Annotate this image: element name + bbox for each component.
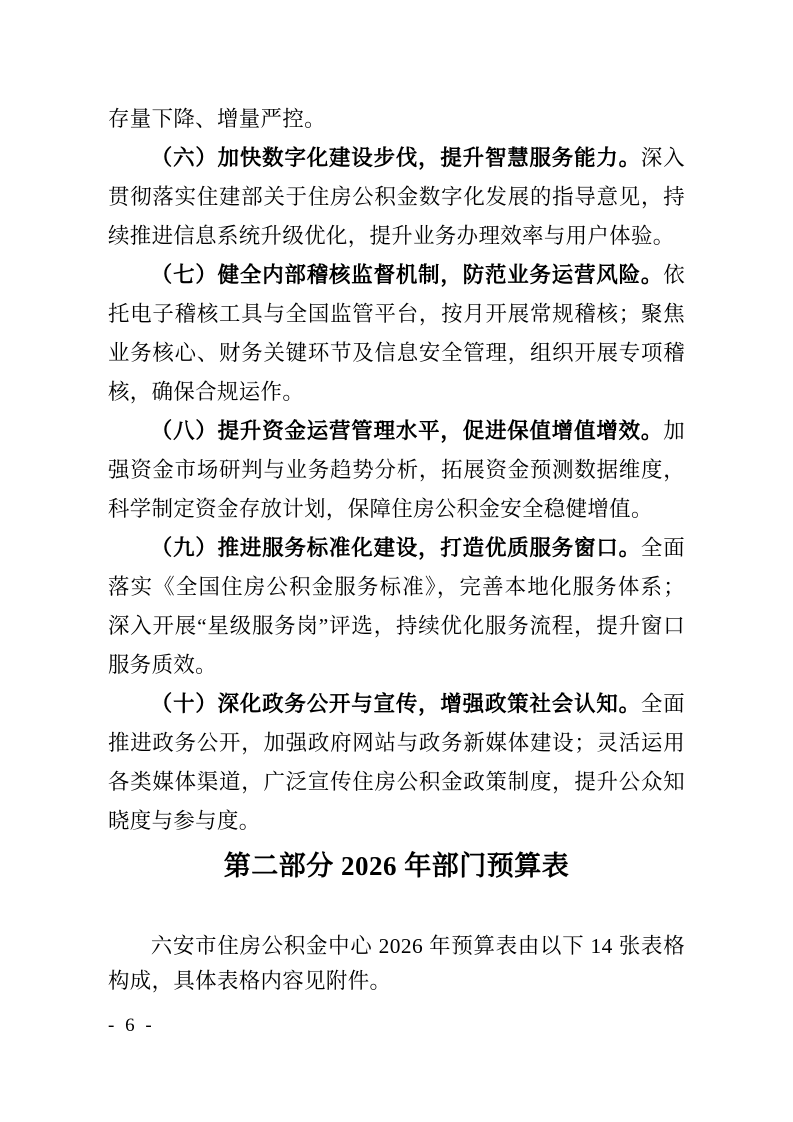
paragraph-lead: （七）健全内部稽核监督机制，防范业务运营风险。 [151, 263, 663, 287]
paragraph-lead: （九）推进服务标准化建设，打造优质服务窗口。 [151, 536, 641, 560]
paragraph-item-10: （十）深化政务公开与宣传，增强政策社会认知。全面推进政务公开，加强政府网站与政务… [108, 685, 685, 841]
paragraph-item-6: （六）加快数字化建设步伐，提升智慧服务能力。深入贯彻落实住建部关于住房公积金数字… [108, 139, 685, 256]
closing-paragraph: 六安市住房公积金中心 2026 年预算表由以下 14 张表格构成，具体表格内容见… [108, 929, 685, 999]
document-page: 存量下降、增量严控。 （六）加快数字化建设步伐，提升智慧服务能力。深入贯彻落实住… [0, 0, 793, 1122]
document-content: 存量下降、增量严控。 （六）加快数字化建设步伐，提升智慧服务能力。深入贯彻落实住… [108, 100, 685, 999]
paragraph-lead: （十）深化政务公开与宣传，增强政策社会认知。 [151, 692, 641, 716]
paragraph-continuation: 存量下降、增量严控。 [108, 100, 685, 139]
paragraph-item-9: （九）推进服务标准化建设，打造优质服务窗口。全面落实《全国住房公积金服务标准》，… [108, 529, 685, 685]
paragraph-text: 存量下降、增量严控。 [108, 107, 326, 131]
paragraph-item-7: （七）健全内部稽核监督机制，防范业务运营风险。依托电子稽核工具与全国监管平台，按… [108, 256, 685, 412]
paragraph-lead: （六）加快数字化建设步伐，提升智慧服务能力。 [151, 146, 641, 170]
section-heading: 第二部分 2026 年部门预算表 [108, 848, 685, 885]
paragraph-lead: （八）提升资金运营管理水平，促进保值增值增效。 [151, 419, 663, 443]
page-number: - 6 - [108, 1014, 155, 1038]
paragraph-item-8: （八）提升资金运营管理水平，促进保值增值增效。加强资金市场研判与业务趋势分析，拓… [108, 412, 685, 529]
